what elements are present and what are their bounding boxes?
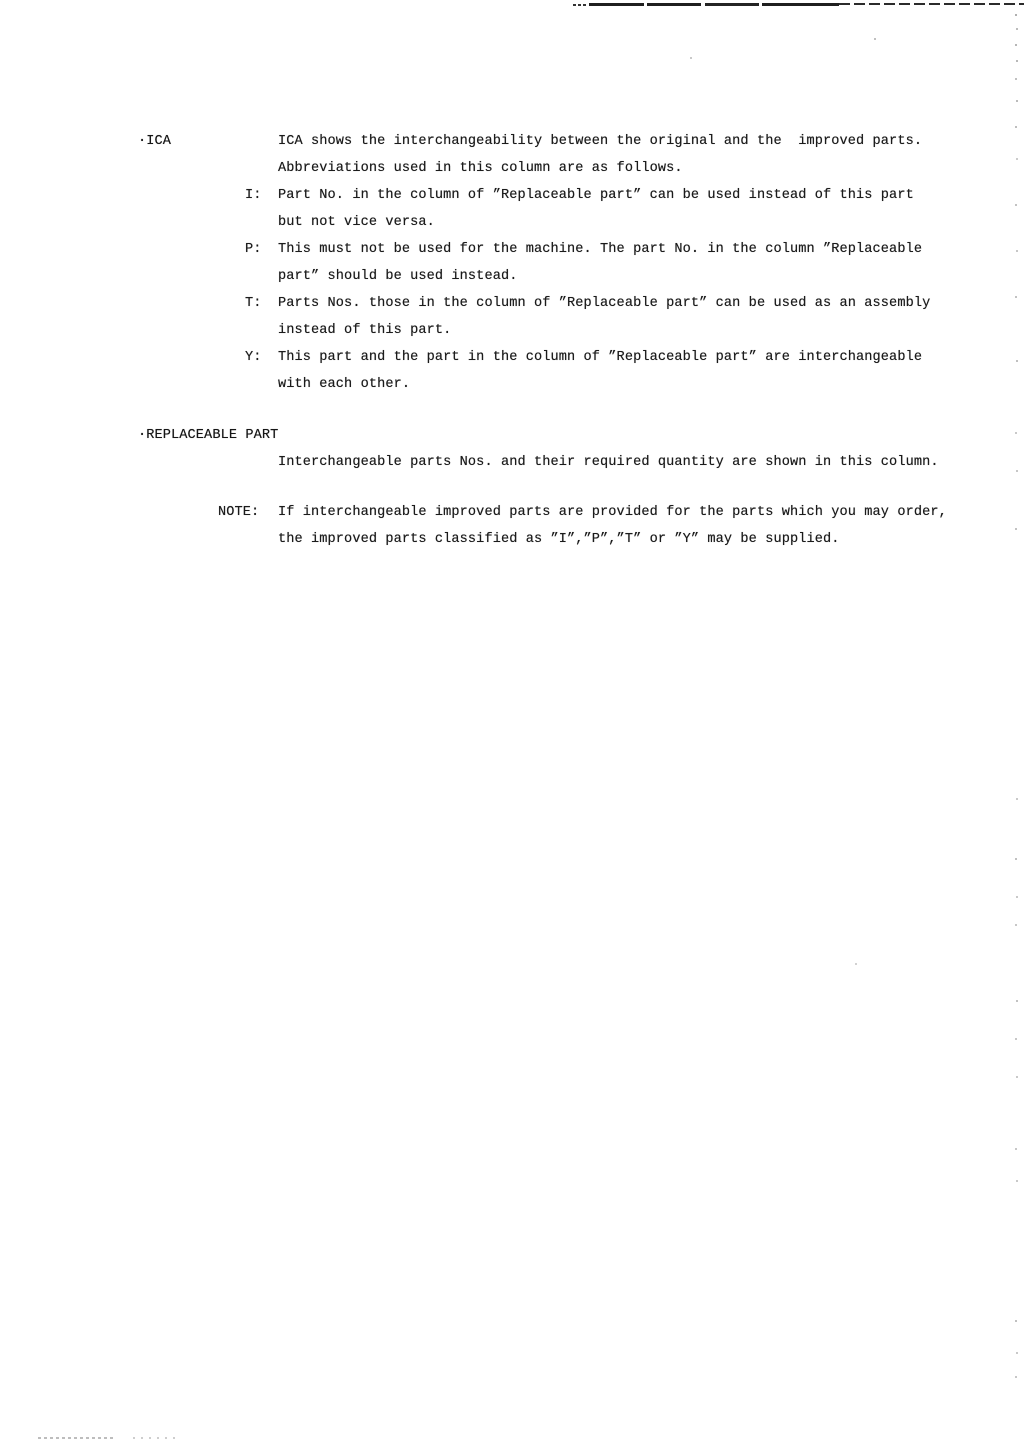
replaceable-part-heading: ·REPLACEABLE PART — [138, 427, 278, 444]
ica-item-y-line2: with each other. — [278, 376, 410, 393]
ica-item-t-line2: instead of this part. — [278, 322, 451, 339]
ica-intro-line2: Abbreviations used in this column are as… — [278, 160, 683, 177]
ica-item-p-line2: part” should be used instead. — [278, 268, 517, 285]
ica-intro-line1: ICA shows the interchangeability between… — [278, 133, 922, 150]
ica-item-y-key: Y: — [245, 349, 262, 366]
ica-item-p-key: P: — [245, 241, 262, 258]
scan-edge-line-dots — [573, 4, 588, 6]
scan-noise-dots — [874, 38, 876, 40]
note-line1: If interchangeable improved parts are pr… — [278, 504, 947, 521]
ica-item-t-line1: Parts Nos. those in the column of ”Repla… — [278, 295, 930, 312]
ica-item-p-line1: This must not be used for the machine. T… — [278, 241, 922, 258]
scan-edge-line-dashes — [839, 3, 1024, 5]
scan-noise-bottom-left-2 — [133, 1437, 175, 1439]
note-line2: the improved parts classified as ”I”,”P”… — [278, 531, 840, 548]
note-label: NOTE: — [218, 504, 259, 521]
scan-edge-line — [589, 3, 839, 6]
ica-item-i-line1: Part No. in the column of ”Replaceable p… — [278, 187, 914, 204]
scanned-document-page: ·ICA ICA shows the interchangeability be… — [0, 0, 1024, 1448]
ica-item-t-key: T: — [245, 295, 262, 312]
scan-noise-right-edge — [1015, 8, 1017, 10]
ica-item-i-key: I: — [245, 187, 262, 204]
ica-heading: ·ICA — [138, 133, 171, 150]
ica-item-i-line2: but not vice versa. — [278, 214, 435, 231]
scan-noise-bottom-left — [38, 1437, 116, 1439]
ica-item-y-line1: This part and the part in the column of … — [278, 349, 922, 366]
replaceable-part-body: Interchangeable parts Nos. and their req… — [278, 454, 939, 471]
